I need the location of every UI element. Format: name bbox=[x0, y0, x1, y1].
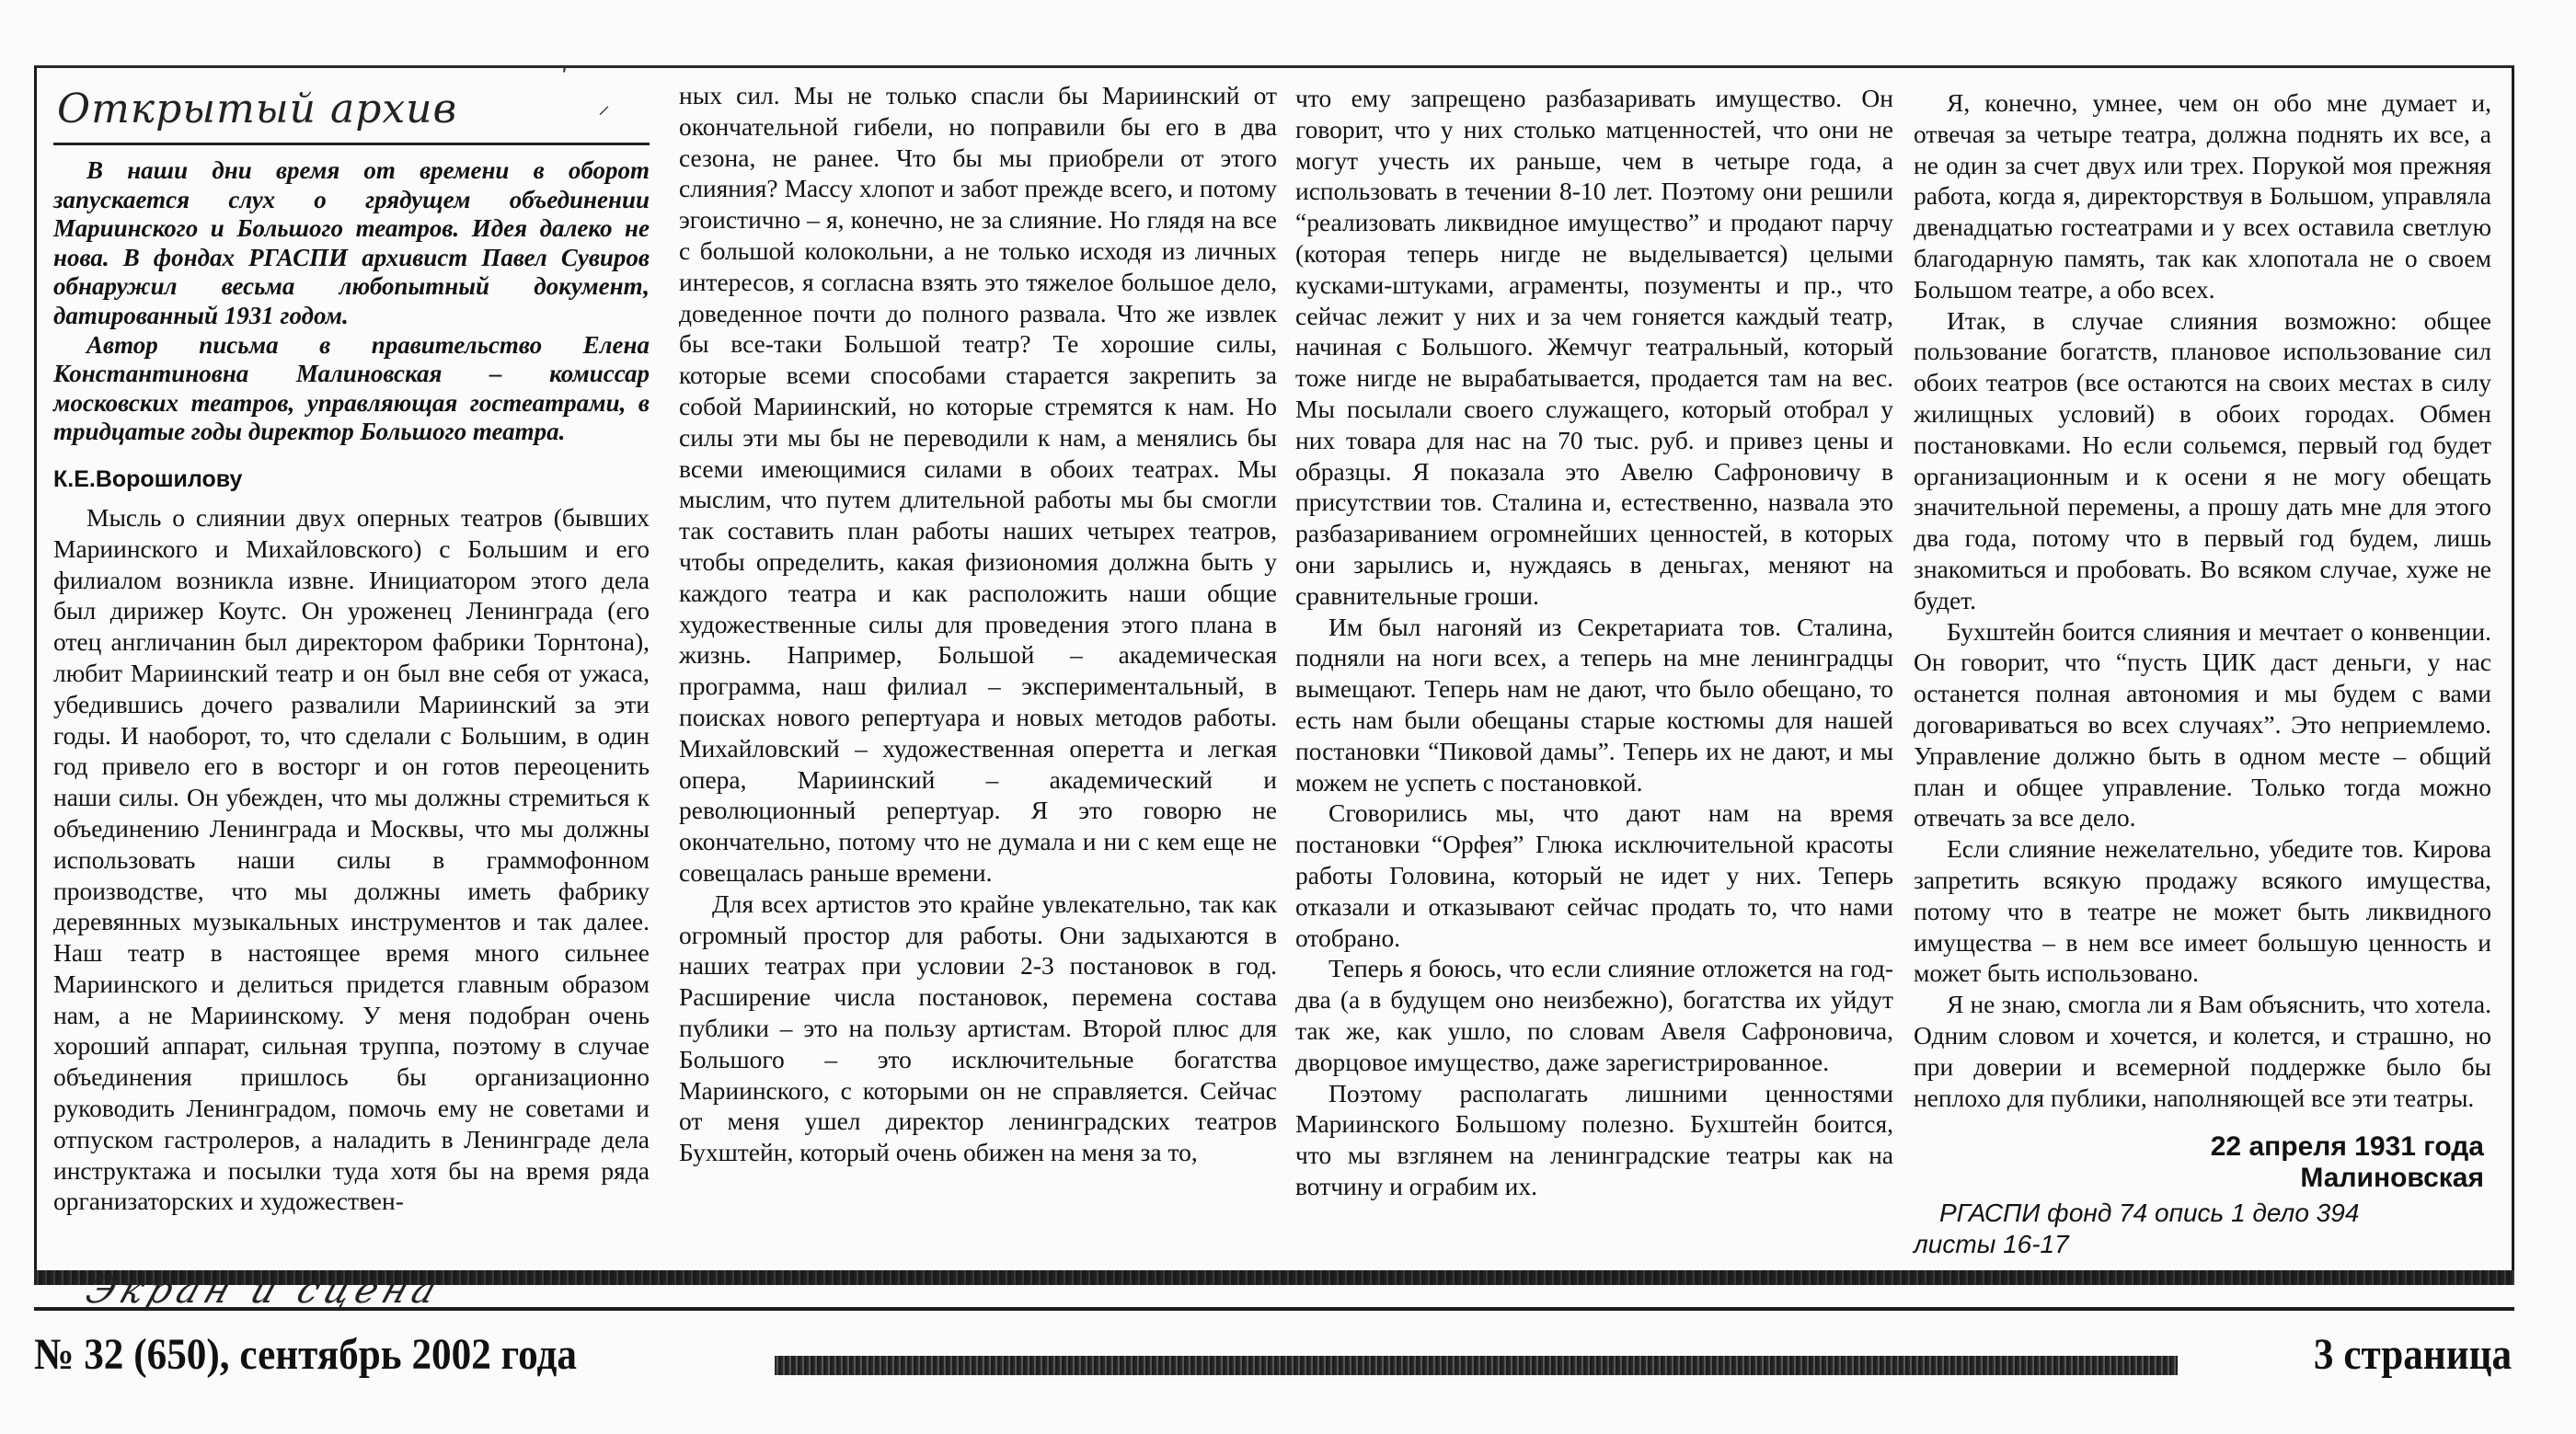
body-paragraph: Для всех артистов это крайне увлекательн… bbox=[679, 889, 1277, 1168]
intro-paragraph: В наши дни время от времени в оборот зап… bbox=[53, 156, 650, 331]
letter-addressee: К.Е.Ворошилову bbox=[53, 465, 650, 493]
letter-date: 22 апреля 1931 года bbox=[1914, 1131, 2484, 1163]
intro-lead: В наши дни время от времени в оборот зап… bbox=[53, 156, 650, 447]
issue-info: № 32 (650), сентябрь 2002 года bbox=[34, 1329, 577, 1381]
body-paragraph: Итак, в случае слияния возможно: общее п… bbox=[1914, 305, 2491, 616]
rubric-title: Открытый архив bbox=[53, 75, 650, 145]
body-paragraph: Сговорились мы, что дают нам на время по… bbox=[1295, 797, 1893, 953]
body-paragraph: Бухштейн боится слияния и мечтает о конв… bbox=[1914, 616, 2491, 834]
letter-signoff: 22 апреля 1931 года Малиновская bbox=[1914, 1131, 2491, 1194]
page-number: 3 страница bbox=[2314, 1329, 2512, 1381]
column-4: Я, конечно, умнее, чем он обо мне думает… bbox=[1914, 87, 2491, 1260]
letter-signature: Малиновская bbox=[1914, 1163, 2484, 1194]
body-paragraph: Я не знаю, смогла ли я Вам объяснить, чт… bbox=[1914, 989, 2491, 1113]
column-2: ных сил. Мы не только спасли бы Мариинск… bbox=[679, 80, 1277, 1168]
intro-paragraph: Автор письма в правительство Елена Конст… bbox=[53, 331, 650, 447]
archive-reference-line: листы 16-17 bbox=[1914, 1230, 2069, 1258]
body-paragraph: ных сил. Мы не только спасли бы Мариинск… bbox=[679, 80, 1277, 889]
body-paragraph: Поэтому располагать лишними ценностями М… bbox=[1295, 1078, 1893, 1202]
body-paragraph: Им был нагоняй из Секретариата тов. Стал… bbox=[1295, 612, 1893, 798]
column-1: Открытый архив В наши дни время от време… bbox=[53, 75, 650, 1217]
body-paragraph: Теперь я боюсь, что если слияние отложет… bbox=[1295, 953, 1893, 1077]
handwritten-note: Экран и сцена bbox=[82, 1272, 447, 1309]
archive-reference: РГАСПИ фонд 74 опись 1 дело 394 листы 16… bbox=[1914, 1198, 2491, 1260]
archive-reference-line: РГАСПИ фонд 74 опись 1 дело 394 bbox=[1914, 1198, 2491, 1229]
body-paragraph: Мысль о слиянии двух оперных театров (бы… bbox=[53, 502, 650, 1217]
column-3: что ему запрещено разбазаривать имуществ… bbox=[1295, 83, 1893, 1202]
body-paragraph: Я, конечно, умнее, чем он обо мне думает… bbox=[1914, 87, 2491, 305]
bottom-thin-rule bbox=[34, 1307, 2514, 1311]
footer-decorative-bar bbox=[775, 1356, 2178, 1375]
body-paragraph: Если слияние нежелательно, убедите тов. … bbox=[1914, 833, 2491, 989]
body-paragraph: что ему запрещено разбазаривать имуществ… bbox=[1295, 83, 1893, 612]
